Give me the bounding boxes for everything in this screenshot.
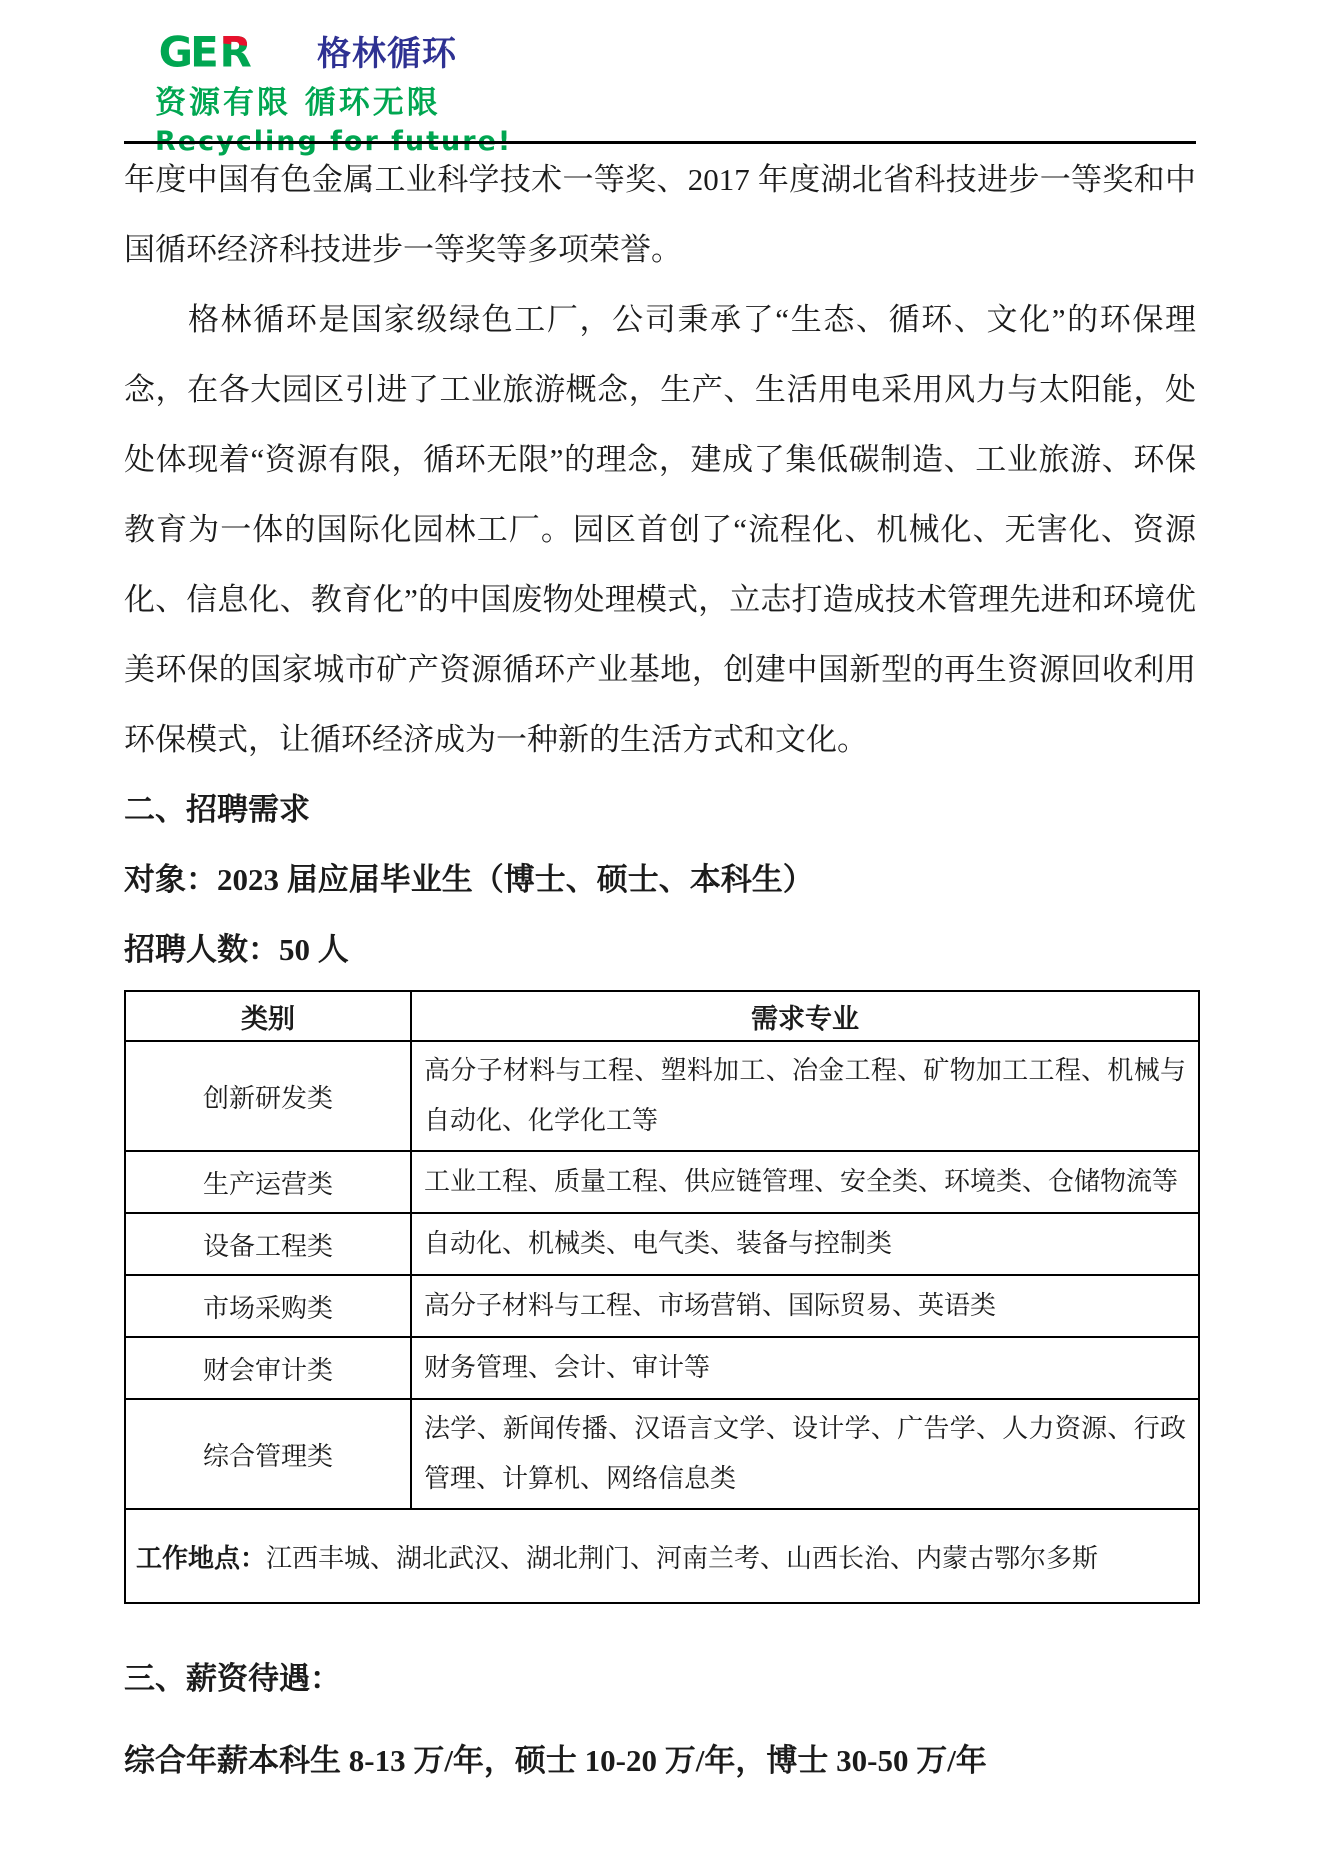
category-cell: 综合管理类 — [125, 1399, 411, 1509]
category-cell: 设备工程类 — [125, 1213, 411, 1275]
category-cell: 创新研发类 — [125, 1041, 411, 1151]
category-cell: 市场采购类 — [125, 1275, 411, 1337]
work-location-label: 工作地点： — [136, 1544, 266, 1573]
document-body: 年度中国有色金属工业科学技术一等奖、2017 年度湖北省科技进步一等奖和中国循环… — [124, 145, 1196, 1796]
recruit-headcount: 招聘人数：50 人 — [124, 915, 1196, 985]
intro-paragraphs: 年度中国有色金属工业科学技术一等奖、2017 年度湖北省科技进步一等奖和中国循环… — [124, 145, 1196, 775]
table-row: 市场采购类 高分子材料与工程、市场营销、国际贸易、英语类 — [125, 1275, 1199, 1337]
section2-title: 二、招聘需求 — [124, 775, 1196, 845]
header-category: 类别 — [125, 991, 411, 1041]
header-divider — [124, 141, 1196, 144]
intro-paragraph-1: 年度中国有色金属工业科学技术一等奖、2017 年度湖北省科技进步一等奖和中国循环… — [124, 145, 1196, 285]
company-logo: GE R R 格林循环 资源有限 循环无限 Recycling for futu… — [155, 32, 485, 157]
majors-cell: 高分子材料与工程、市场营销、国际贸易、英语类 — [411, 1275, 1199, 1337]
salary-line: 综合年薪本科生 8-13 万/年，硕士 10-20 万/年，博士 30-50 万… — [124, 1726, 1196, 1796]
majors-cell: 工业工程、质量工程、供应链管理、安全类、环境类、仓储物流等 — [411, 1151, 1199, 1213]
category-cell: 财会审计类 — [125, 1337, 411, 1399]
work-location-value: 江西丰城、湖北武汉、湖北荆门、河南兰考、山西长治、内蒙古鄂尔多斯 — [266, 1544, 1098, 1573]
company-name-cn: 格林循环 — [317, 36, 457, 72]
table-row: 生产运营类 工业工程、质量工程、供应链管理、安全类、环境类、仓储物流等 — [125, 1151, 1199, 1213]
table-row: 综合管理类 法学、新闻传播、汉语言文学、设计学、广告学、人力资源、行政管理、计算… — [125, 1399, 1199, 1509]
ger-logo-icon: GE R R — [155, 32, 307, 72]
majors-cell: 自动化、机械类、电气类、装备与控制类 — [411, 1213, 1199, 1275]
svg-text:GE: GE — [159, 32, 217, 72]
majors-cell: 财务管理、会计、审计等 — [411, 1337, 1199, 1399]
work-location-cell: 工作地点：江西丰城、湖北武汉、湖北荆门、河南兰考、山西长治、内蒙古鄂尔多斯 — [125, 1509, 1199, 1603]
table-header-row: 类别 需求专业 — [125, 991, 1199, 1041]
table-row: 财会审计类 财务管理、会计、审计等 — [125, 1337, 1199, 1399]
intro-paragraph-2: 格林循环是国家级绿色工厂，公司秉承了“生态、循环、文化”的环保理念，在各大园区引… — [124, 285, 1196, 775]
category-cell: 生产运营类 — [125, 1151, 411, 1213]
recruitment-table: 类别 需求专业 创新研发类 高分子材料与工程、塑料加工、冶金工程、矿物加工工程、… — [124, 990, 1200, 1604]
document-page: GE R R 格林循环 资源有限 循环无限 Recycling for futu… — [0, 0, 1323, 1871]
majors-cell: 高分子材料与工程、塑料加工、冶金工程、矿物加工工程、机械与自动化、化学化工等 — [411, 1041, 1199, 1151]
table-footer-row: 工作地点：江西丰城、湖北武汉、湖北荆门、河南兰考、山西长治、内蒙古鄂尔多斯 — [125, 1509, 1199, 1603]
table-row: 创新研发类 高分子材料与工程、塑料加工、冶金工程、矿物加工工程、机械与自动化、化… — [125, 1041, 1199, 1151]
logo-slogan-cn: 资源有限 循环无限 — [155, 77, 485, 122]
logo-top-row: GE R R 格林循环 — [155, 32, 485, 72]
majors-cell: 法学、新闻传播、汉语言文学、设计学、广告学、人力资源、行政管理、计算机、网络信息… — [411, 1399, 1199, 1509]
header-majors: 需求专业 — [411, 991, 1199, 1041]
recruit-target: 对象：2023 届应届毕业生（博士、硕士、本科生） — [124, 845, 1196, 915]
table-row: 设备工程类 自动化、机械类、电气类、装备与控制类 — [125, 1213, 1199, 1275]
section3-title: 三、薪资待遇： — [124, 1644, 1196, 1714]
